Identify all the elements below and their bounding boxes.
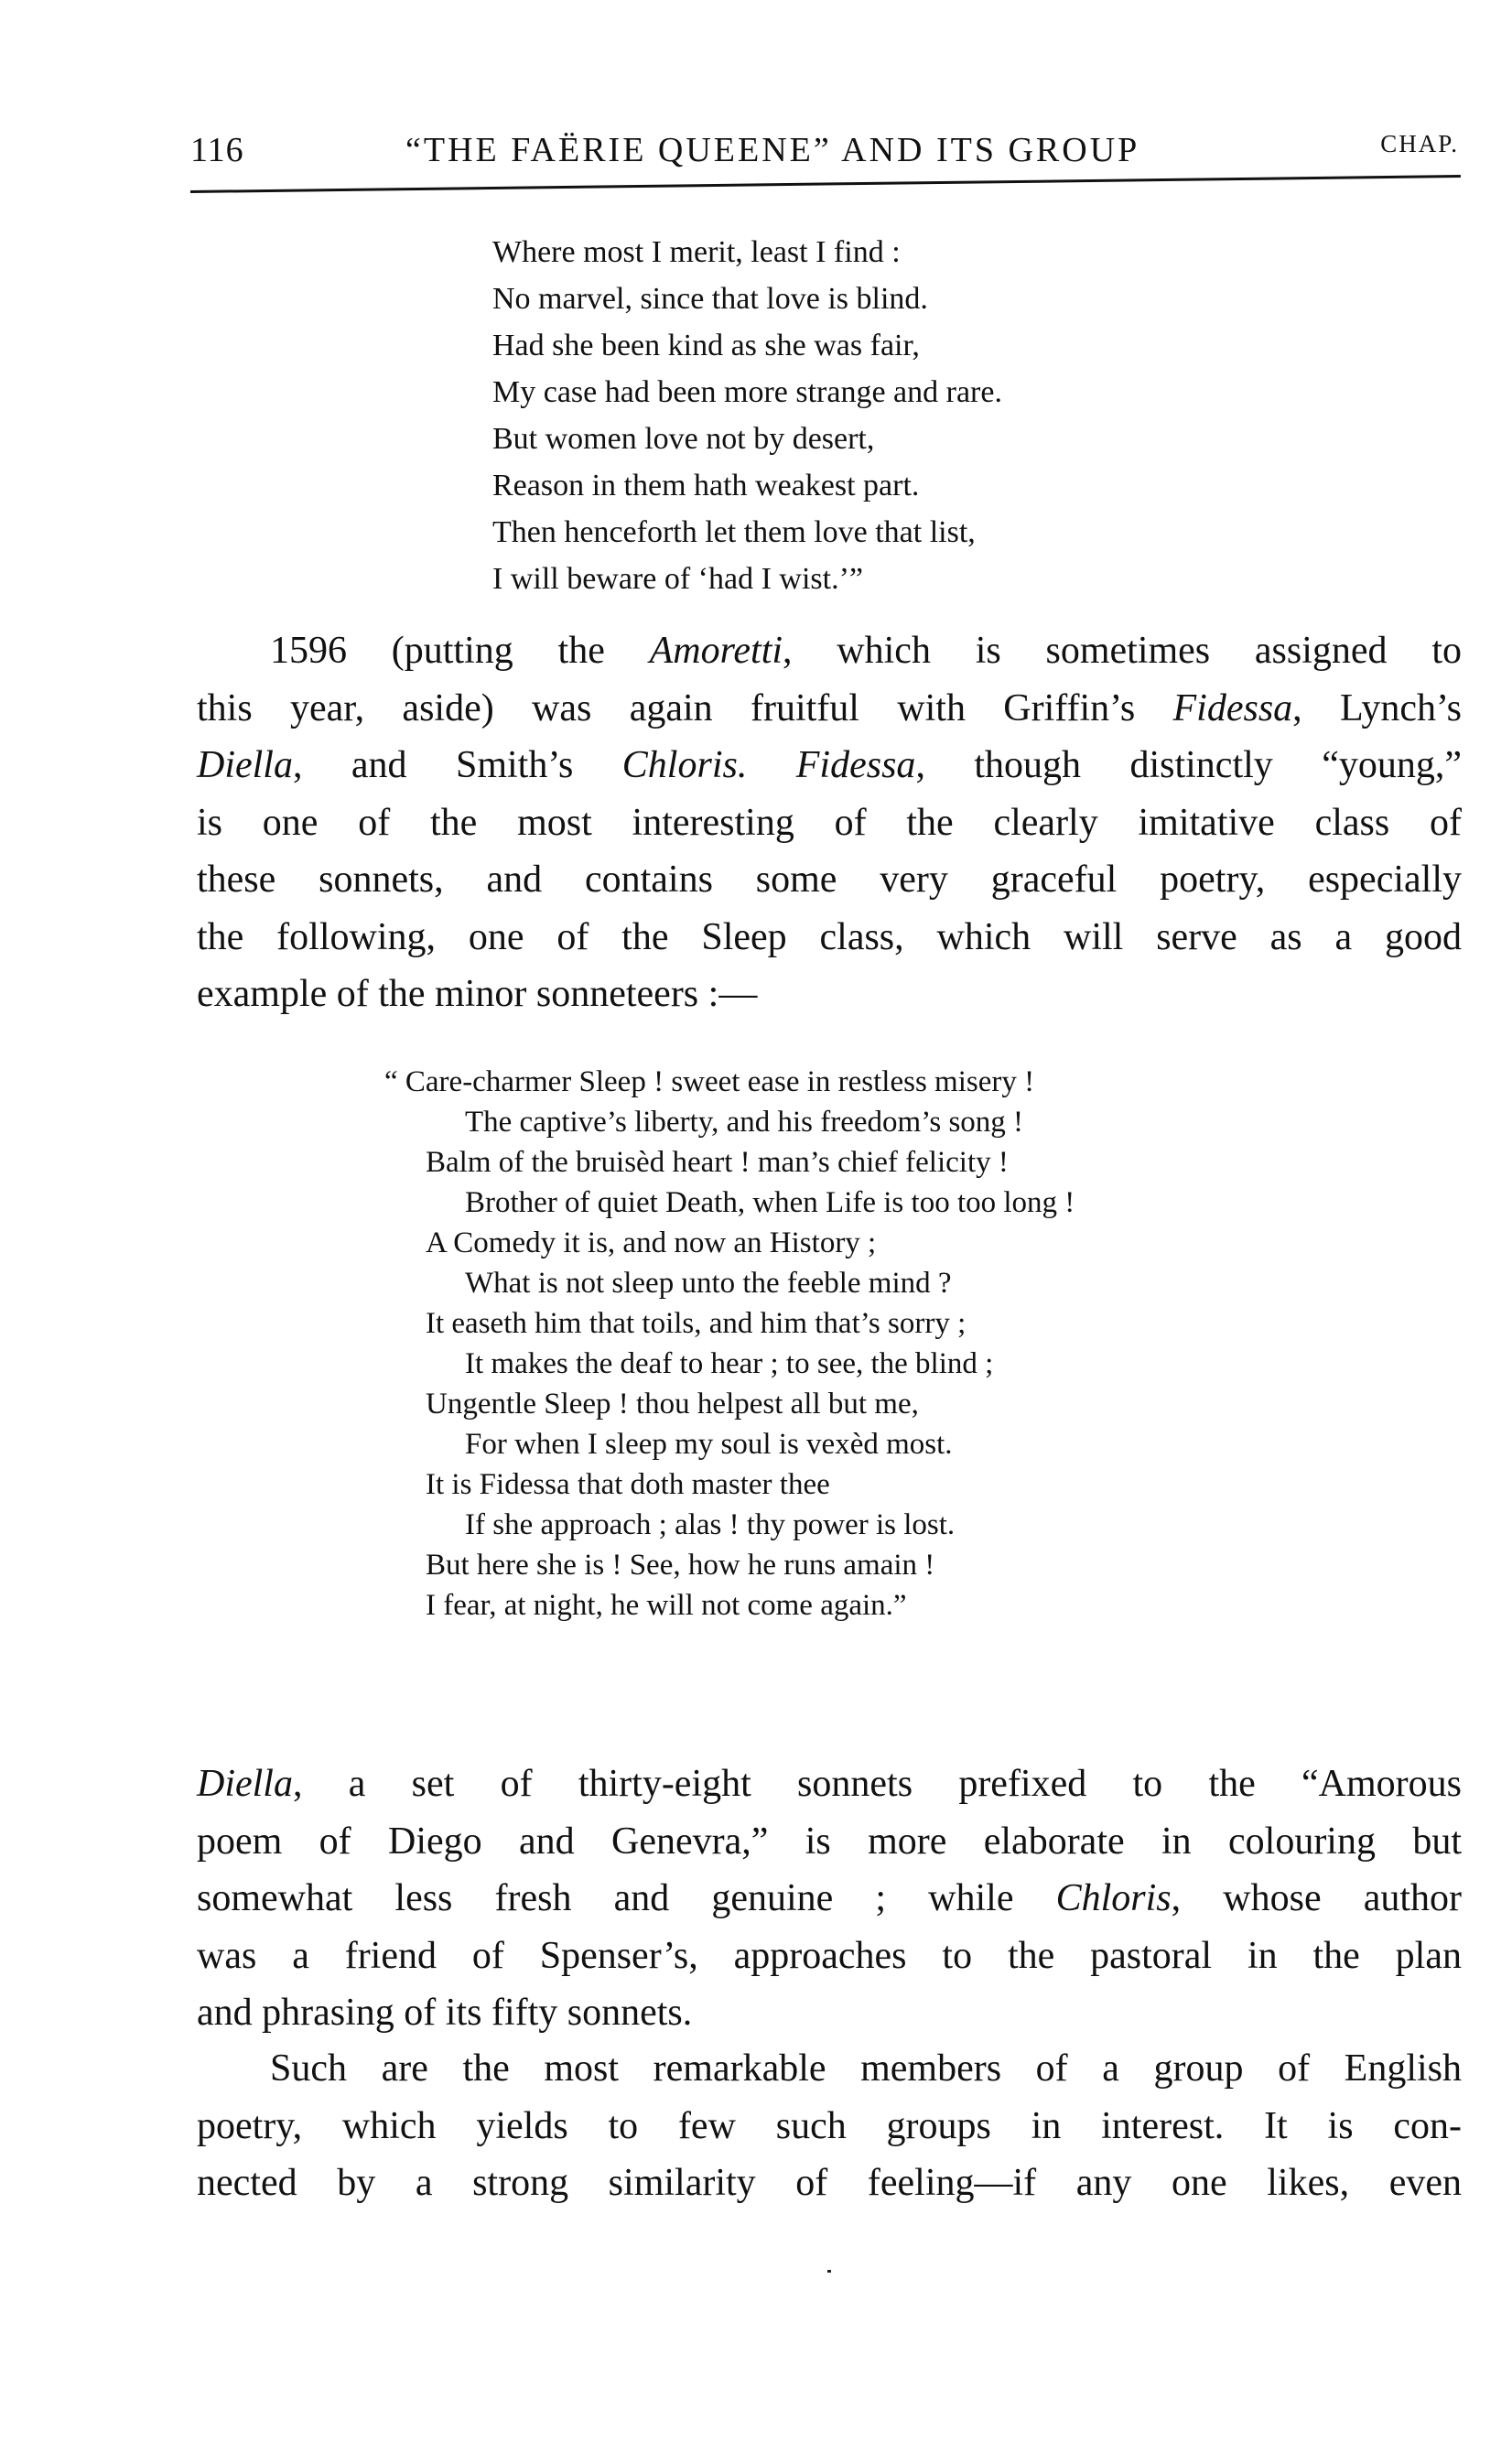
- verse-line: The captive’s liberty, and his freedom’s…: [384, 1102, 1075, 1142]
- prose-line: Diella, a set of thirty-eight sonnets pr…: [197, 1755, 1462, 1813]
- verse-line: For when I sleep my soul is vexèd most.: [384, 1424, 1075, 1464]
- title-diella: Diella: [197, 744, 293, 786]
- verse-line: It is Fidessa that doth master thee: [384, 1464, 1075, 1505]
- verse-line: What is not sleep unto the feeble mind ?: [384, 1263, 1075, 1303]
- verse-line: If she approach ; alas ! thy power is lo…: [384, 1505, 1075, 1545]
- verse-line: Reason in them hath weakest part.: [492, 462, 1002, 509]
- prose-line: Such are the most remarkable members of …: [197, 2040, 1462, 2098]
- verse-line: “ Care-charmer Sleep ! sweet ease in res…: [384, 1062, 1075, 1102]
- prose-line: and phrasing of its fifty sonnets.: [197, 1984, 1462, 2042]
- section-label: CHAP.: [1380, 130, 1459, 158]
- prose-line: these sonnets, and contains some very gr…: [197, 851, 1462, 909]
- verse-line: Had she been kind as she was fair,: [492, 322, 1002, 369]
- prose-line: poetry, which yields to few such groups …: [197, 2098, 1462, 2155]
- verse-line: Brother of quiet Death, when Life is too…: [384, 1183, 1075, 1223]
- paragraph-diella: Diella, a set of thirty-eight sonnets pr…: [197, 1755, 1462, 2042]
- title-amoretti: Amoretti: [650, 630, 783, 672]
- title-fidessa: Fidessa: [1173, 687, 1293, 729]
- verse-line: But here she is ! See, how he runs amain…: [384, 1545, 1075, 1585]
- paragraph-such-are: Such are the most remarkable members of …: [197, 2040, 1462, 2212]
- verse-line: Where most I merit, least I find :: [492, 229, 1002, 275]
- verse-line: A Comedy it is, and now an History ;: [384, 1223, 1075, 1263]
- sonnet-care-charmer-sleep: “ Care-charmer Sleep ! sweet ease in res…: [384, 1062, 1075, 1626]
- verse-line: No marvel, since that love is blind.: [492, 275, 1002, 322]
- title-fidessa: Fidessa: [796, 744, 916, 786]
- prose-line: is one of the most interesting of the cl…: [197, 794, 1462, 852]
- verse-line: Then henceforth let them love that list,: [492, 509, 1002, 556]
- running-head: 116 “THE FAËRIE QUEENE” AND ITS GROUP CH…: [190, 130, 1463, 167]
- prose-line: example of the minor sonneteers :—: [197, 966, 1462, 1023]
- verse-line: My case had been more strange and rare.: [492, 369, 1002, 416]
- prose-line: 1596 (putting the Amoretti, which is som…: [197, 622, 1462, 680]
- verse-line: I will beware of ‘had I wist.’”: [492, 556, 1002, 602]
- prose-line: this year, aside) was again fruitful wit…: [197, 680, 1462, 738]
- running-title: “THE FAËRIE QUEENE” AND ITS GROUP: [405, 130, 1139, 170]
- prose-line: somewhat less fresh and genuine ; while …: [197, 1870, 1462, 1928]
- title-chloris: Chloris.: [622, 744, 748, 786]
- prose-line: poem of Diego and Genevra,” is more elab…: [197, 1813, 1462, 1871]
- header-rule: [190, 175, 1461, 193]
- title-chloris: Chloris: [1056, 1877, 1172, 1919]
- verse-line: I fear, at night, he will not come again…: [384, 1585, 1075, 1626]
- title-diella: Diella: [197, 1763, 293, 1805]
- page-number: 116: [190, 130, 244, 170]
- verse-line: But women love not by desert,: [492, 416, 1002, 462]
- verse-line: It makes the deaf to hear ; to see, the …: [384, 1344, 1075, 1384]
- verse-line: Ungentle Sleep ! thou helpest all but me…: [384, 1384, 1075, 1424]
- verse-line: It easeth him that toils, and him that’s…: [384, 1303, 1075, 1344]
- prose-line: nected by a strong similarity of feeling…: [197, 2155, 1462, 2212]
- verse-line: Balm of the bruisèd heart ! man’s chief …: [384, 1142, 1075, 1183]
- prose-line: was a friend of Spenser’s, approaches to…: [197, 1928, 1462, 1985]
- prose-line: Diella, and Smith’s Chloris. Fidessa, th…: [197, 737, 1462, 794]
- poem-fragment: Where most I merit, least I find : No ma…: [492, 229, 1002, 602]
- scan-speck: [827, 2270, 831, 2273]
- prose-line: the following, one of the Sleep class, w…: [197, 909, 1462, 967]
- paragraph-1596: 1596 (putting the Amoretti, which is som…: [197, 622, 1462, 1023]
